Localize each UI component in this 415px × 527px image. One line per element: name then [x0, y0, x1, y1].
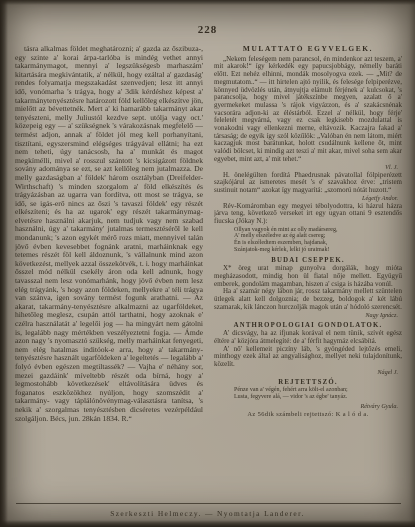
- page-number: 228: [0, 24, 415, 36]
- verse-line: Szánjatok-meg kérlek, lelki jó uraimak!: [234, 247, 402, 254]
- scan-edge-top: [0, 0, 415, 5]
- scan-edge-left: [0, 0, 8, 527]
- section-paragraph: A' nő' kellemeit piczíny láb, 's gyöngéd…: [214, 346, 402, 369]
- signature: Nagy Ignácz.: [214, 312, 398, 319]
- scan-edge-bottom: [0, 520, 415, 527]
- riddle-solution: Az 56dik számbeli rejtettszó: K a l ó d …: [214, 411, 402, 419]
- verse-line: Lusta, fegyvere alá, — vidor 's az égbe'…: [234, 394, 402, 401]
- scanned-page: 228 tásra alkalmas földet meghatározni; …: [0, 0, 415, 527]
- section-heading-rejtettszo: REJTETTSZÓ.: [214, 379, 402, 387]
- section-heading-budai: BUDAI CSEPPEK.: [214, 257, 402, 265]
- imprint-line: Szerkeszti Helmeczy. — Nyomtatja Landere…: [0, 509, 415, 518]
- verse-line: Én is elszéledtem eszemben, hajdanak,: [234, 240, 402, 247]
- anecdote-paragraph: H. önelégülten fordítá Phaedrusnak pávat…: [214, 172, 402, 195]
- signature: Nágel J.: [214, 369, 398, 376]
- signature: Légetfy Andor.: [214, 195, 398, 202]
- signature: Vl. J.: [214, 164, 398, 171]
- riddle-verse: Pénze van a' végén, fehért arra költ-el …: [234, 387, 402, 400]
- section-heading-anthropologiai: ANTHROPOLOGIAI GONDOLATOK.: [214, 322, 402, 330]
- verse-line: Ollyan vagyok én mint az olly madársereg…: [234, 227, 402, 234]
- right-column: MULATTATÓ EGYVELGEK. „Nekem feleségem ne…: [214, 45, 402, 493]
- text-columns: tásra alkalmas földet meghatározni; a' g…: [15, 45, 402, 493]
- anecdote-paragraph: „Nekem feleségem nem parancsol, én minde…: [214, 56, 402, 164]
- section-paragraph: A' dicsvágy, ha az ifjunak korával el ne…: [214, 330, 402, 345]
- column-heading: MULATTATÓ EGYVELGEK.: [214, 45, 402, 53]
- anecdote-paragraph: Rév-Komáromban egy megyei tébolyodottra,…: [214, 203, 402, 226]
- section-paragraph: Ha a' szamár négy lábon jár, rossz takar…: [214, 288, 402, 311]
- signature: Rétváry Gyula.: [214, 403, 398, 410]
- left-column-text: tásra alkalmas földet meghatározni; a' g…: [15, 45, 203, 423]
- left-column: tásra alkalmas földet meghatározni; a' g…: [15, 45, 203, 493]
- verse-block: Ollyan vagyok én mint az olly madársereg…: [234, 227, 402, 254]
- section-paragraph: X* öreg urat minap gunyolva dorgálák, ho…: [214, 265, 402, 288]
- footer-rule: [16, 503, 401, 504]
